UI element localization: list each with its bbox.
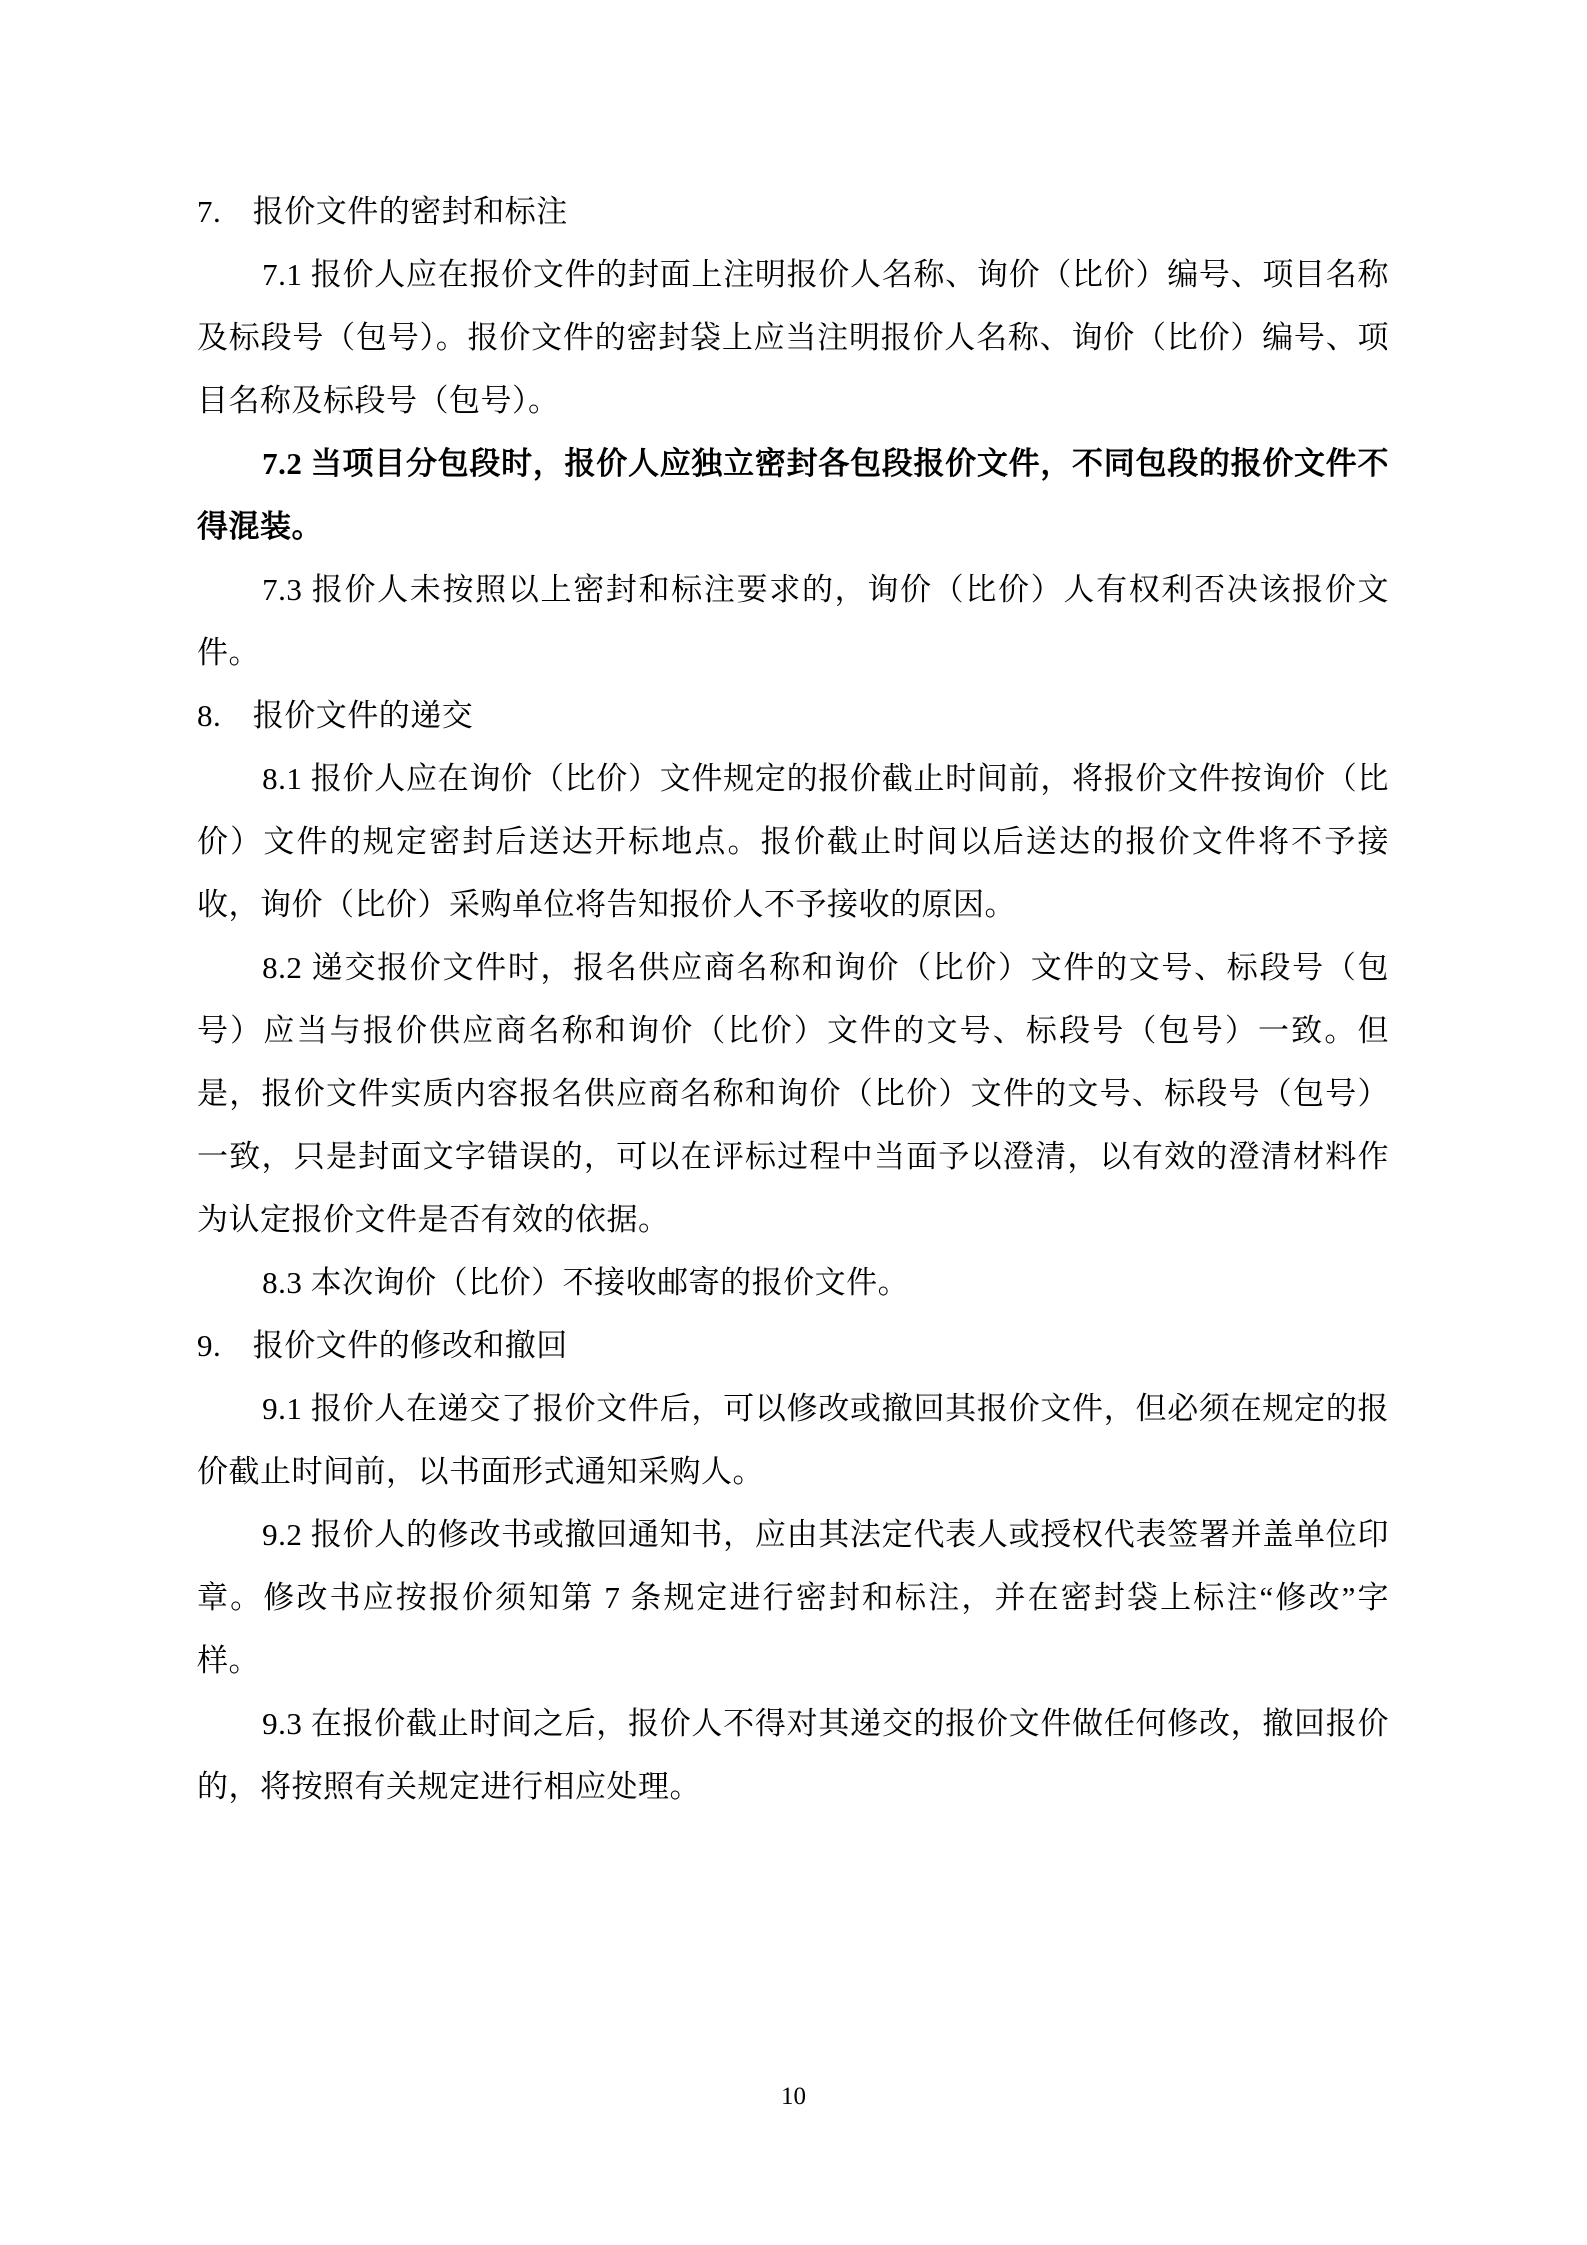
paragraph: 7.3 报价人未按照以上密封和标注要求的，询价（比价）人有权利否决该报价文件。 [197,558,1389,684]
paragraph: 8.1 报价人应在询价（比价）文件规定的报价截止时间前，将报价文件按询价（比价）… [197,747,1389,936]
paragraph: 8.3 本次询价（比价）不接收邮寄的报价文件。 [197,1251,1389,1314]
document-body: 7. 报价文件的密封和标注7.1 报价人应在报价文件的封面上注明报价人名称、询价… [197,180,1389,1818]
paragraph: 9.1 报价人在递交了报价文件后，可以修改或撤回其报价文件，但必须在规定的报价截… [197,1377,1389,1503]
document-page: 7. 报价文件的密封和标注7.1 报价人应在报价文件的封面上注明报价人名称、询价… [0,0,1587,2245]
section-heading: 8. 报价文件的递交 [197,684,1389,747]
section-heading: 9. 报价文件的修改和撤回 [197,1314,1389,1377]
page-number: 10 [0,2082,1587,2112]
paragraph: 7.2 当项目分包段时，报价人应独立密封各包段报价文件，不同包段的报价文件不得混… [197,432,1389,558]
paragraph: 7.1 报价人应在报价文件的封面上注明报价人名称、询价（比价）编号、项目名称及标… [197,243,1389,432]
paragraph: 8.2 递交报价文件时，报名供应商名称和询价（比价）文件的文号、标段号（包号）应… [197,936,1389,1251]
paragraph: 9.3 在报价截止时间之后，报价人不得对其递交的报价文件做任何修改，撤回报价的，… [197,1692,1389,1818]
paragraph: 9.2 报价人的修改书或撤回通知书，应由其法定代表人或授权代表签署并盖单位印章。… [197,1503,1389,1692]
section-heading: 7. 报价文件的密封和标注 [197,180,1389,243]
